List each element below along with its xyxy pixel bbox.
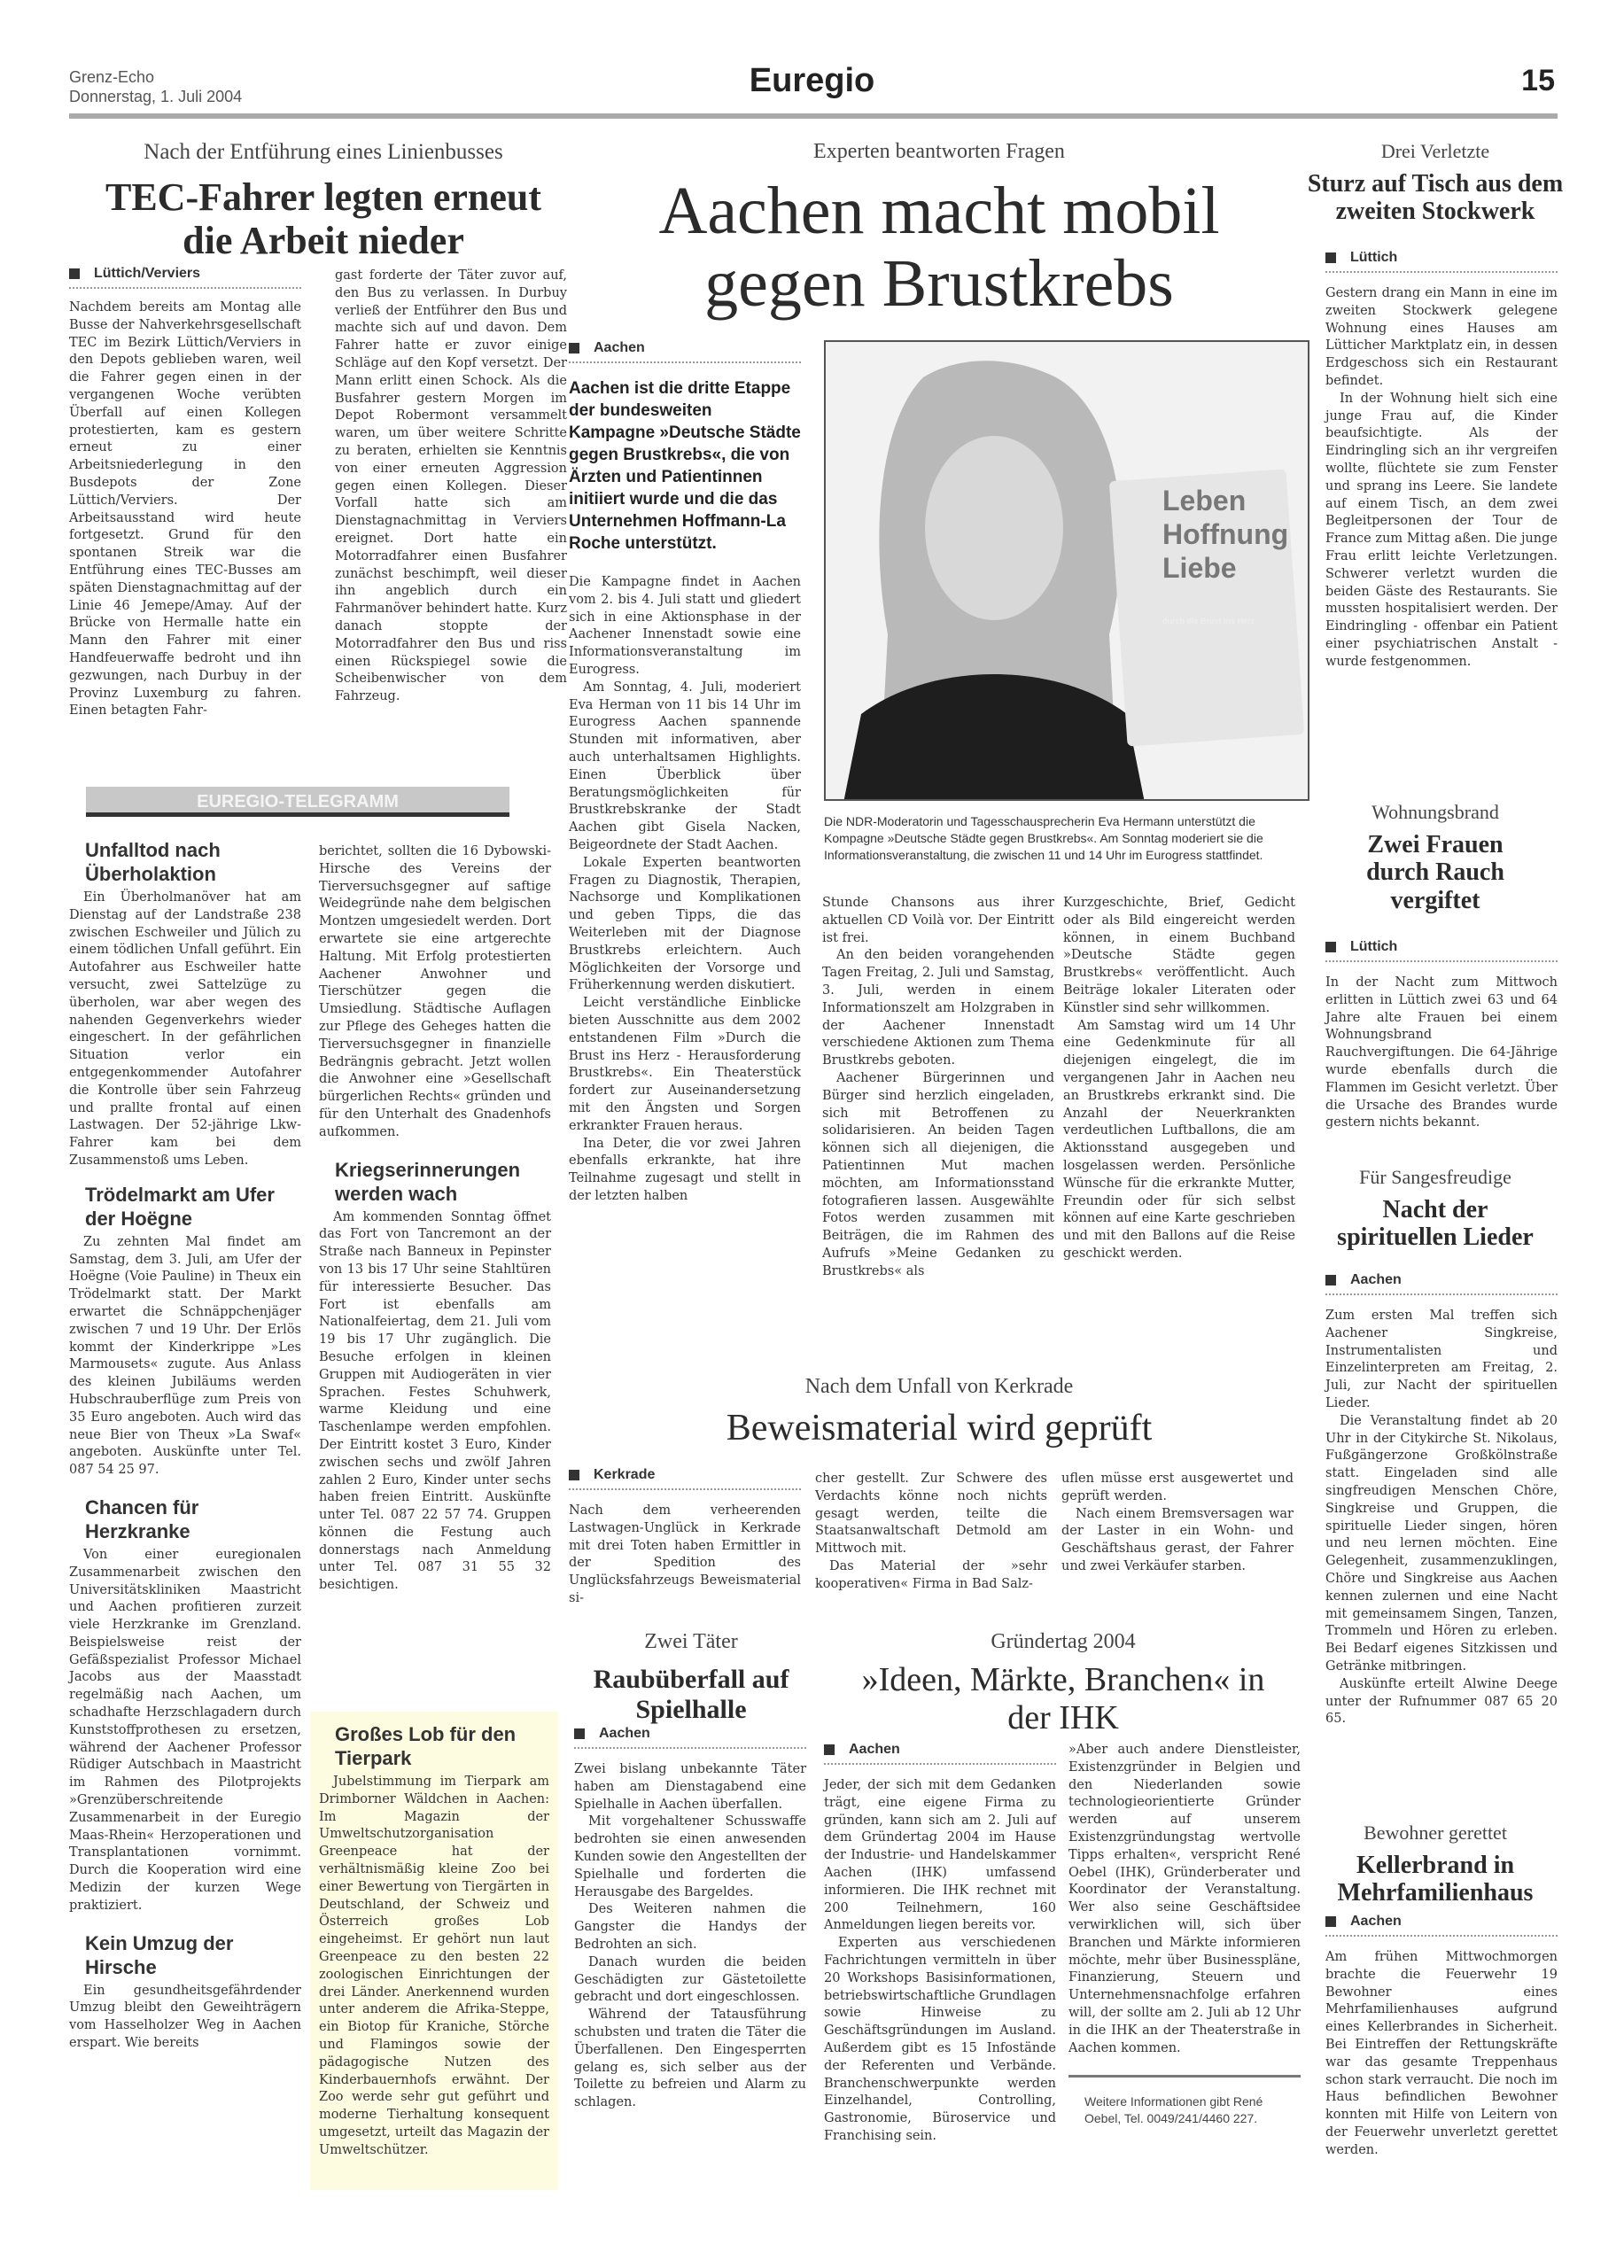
header-rule — [69, 113, 1558, 119]
article-tec: Nach der Entführung eines Linienbusses T… — [62, 140, 585, 263]
brief-body: berichtet, sollten die 16 Dybowski-Hirsc… — [319, 843, 551, 1142]
dateline: Aachen — [1325, 1914, 1558, 1937]
dateline: Lüttich — [1325, 939, 1558, 962]
info-box: Weitere Informationen gibt René Oebel, T… — [1068, 2093, 1301, 2127]
dateline-square-icon — [1325, 1916, 1336, 1927]
wohnungsbrand-body: Lüttich In der Nacht zum Mittwoch erlitt… — [1325, 939, 1558, 1132]
telegramm-bar: EUREGIO-TELEGRAMM — [86, 787, 509, 817]
brief-title: Unfalltod nach Überholaktion — [69, 838, 301, 886]
article-body: Kurzgeschichte, Brief, Gedicht oder als … — [1063, 895, 1295, 1263]
article-body: gast forderte der Täter zuvor auf, den B… — [335, 268, 567, 706]
article-kicker: Gründertag 2004 — [815, 1630, 1311, 1654]
spielhalle-body: Aachen Zwei bislang unbekannte Täter hab… — [574, 1726, 806, 2112]
article-kicker: Experten beantworten Fragen — [567, 140, 1311, 164]
kerkrade-col-2: cher gestellt. Zur Schwere des Verdachts… — [815, 1471, 1047, 1594]
tec-col-1: Lüttich/Verviers Nachdem bereits am Mont… — [69, 266, 301, 720]
article-headline: Raubüberfall auf Spielhalle — [567, 1665, 815, 1724]
article-body: Am frühen Mittwochmorgen brachte die Feu… — [1325, 1949, 1558, 2160]
brustkrebs-col-3: Kurzgeschichte, Brief, Gedicht oder als … — [1063, 895, 1295, 1263]
brief-title: Trödelmarkt am Ufer der Hoëgne — [69, 1183, 301, 1231]
page-number: 15 — [1521, 64, 1555, 98]
campaign-sign: Leben Hoffnung Liebe durch die Brust ins… — [1162, 484, 1288, 638]
brief-title: Kein Umzug der Hirsche — [69, 1931, 301, 1979]
brief-body: Ein Überholmanöver hat am Dienstag auf d… — [69, 889, 301, 1170]
telegramm-col-2: berichtet, sollten die 16 Dybowski-Hirsc… — [319, 843, 551, 1595]
brief-body: Am kommenden Sonntag öffnet das Fort von… — [319, 1209, 551, 1596]
article-spielhalle: Zwei Täter Raubüberfall auf Spielhalle — [567, 1630, 815, 1724]
brustkrebs-col-1: Aachen Aachen ist die dritte Etappe der … — [569, 340, 801, 1206]
dateline-square-icon — [569, 343, 579, 353]
tierpark-highlight-box: Großes Lob für den Tierpark Jubelstimmun… — [310, 1712, 558, 2190]
ihk-col-2: »Aber auch andere Dienstleister, Existen… — [1068, 1742, 1301, 2127]
dateline: Aachen — [574, 1726, 806, 1749]
article-headline: TEC-Fahrer legten erneut die Arbeit nied… — [62, 175, 585, 263]
article-headline: Sturz auf Tisch aus dem zweiten Stockwer… — [1302, 170, 1568, 226]
article-kicker: Wohnungsbrand — [1302, 801, 1568, 824]
article-lieder: Für Sangesfreudige Nacht der spirituelle… — [1302, 1166, 1568, 1252]
telegramm-col-1: Unfalltod nach Überholaktion Ein Überhol… — [69, 833, 301, 2053]
dateline-square-icon — [1325, 252, 1336, 263]
article-ihk: Gründertag 2004 »Ideen, Märkte, Branchen… — [815, 1630, 1311, 1736]
dateline-square-icon — [574, 1728, 585, 1739]
article-headline: Kellerbrand in Mehrfamilienhaus — [1302, 1852, 1568, 1907]
brief-title: Großes Lob für den Tierpark — [319, 1722, 549, 1770]
article-body: »Aber auch andere Dienstleister, Existen… — [1068, 1742, 1301, 2057]
section-title: Euregio — [0, 62, 1624, 100]
brief-body: Ein gesundheitsgefährdender Umzug bleibt… — [69, 1983, 301, 2053]
article-kicker: Zwei Täter — [567, 1630, 815, 1654]
photo-caption: Die NDR-Moderatorin und Tagesschausprech… — [824, 813, 1309, 864]
article-headline: Aachen macht mobil gegen Brustkrebs — [567, 175, 1311, 320]
kerkrade-col-3: uflen müsse erst ausgewertet und geprüft… — [1061, 1471, 1294, 1576]
dateline-square-icon — [824, 1744, 835, 1755]
article-body: cher gestellt. Zur Schwere des Verdachts… — [815, 1471, 1047, 1594]
dateline-square-icon — [69, 268, 80, 279]
article-body: In der Nacht zum Mittwoch erlitten in Lü… — [1325, 975, 1558, 1132]
dateline: Aachen — [1325, 1272, 1558, 1295]
article-body: Nachdem bereits am Montag alle Busse der… — [69, 299, 301, 720]
info-rule — [1068, 2075, 1301, 2078]
dateline-square-icon — [1325, 942, 1336, 952]
photo-eva-hermann: Leben Hoffnung Liebe durch die Brust ins… — [824, 340, 1309, 801]
article-body: Stunde Chansons aus ihrer aktuellen CD V… — [822, 895, 1054, 1281]
article-kicker: Bewohner gerettet — [1302, 1821, 1568, 1845]
article-sturz: Drei Verletzte Sturz auf Tisch aus dem z… — [1302, 140, 1568, 226]
article-body: Zwei bislang unbekannte Täter haben am D… — [574, 1761, 806, 2112]
dateline-square-icon — [569, 1470, 579, 1480]
ihk-col-1: Aachen Jeder, der sich mit dem Gedanken … — [824, 1742, 1056, 2146]
article-kicker: Nach der Entführung eines Linienbusses — [62, 140, 585, 165]
dateline-square-icon — [1325, 1275, 1336, 1285]
article-brustkrebs: Experten beantworten Fragen Aachen macht… — [567, 140, 1311, 320]
brief-title: Chancen für Herzkranke — [69, 1495, 301, 1543]
article-body: Jeder, der sich mit dem Gedanken trägt, … — [824, 1777, 1056, 2146]
article-kicker: Nach dem Unfall von Kerkrade — [567, 1375, 1311, 1399]
tec-col-2: gast forderte der Täter zuvor auf, den B… — [335, 268, 567, 706]
lieder-body: Aachen Zum ersten Mal treffen sich Aache… — [1325, 1272, 1558, 1728]
article-wohnungsbrand: Wohnungsbrand Zwei Frauen durch Rauch ve… — [1302, 801, 1568, 914]
kellerbrand-body: Aachen Am frühen Mittwochmorgen brachte … — [1325, 1914, 1558, 2160]
article-kellerbrand: Bewohner gerettet Kellerbrand in Mehrfam… — [1302, 1821, 1568, 1907]
article-body: Nach dem verheerenden Lastwagen-Unglück … — [569, 1503, 801, 1608]
article-headline: Beweismaterial wird geprüft — [567, 1408, 1311, 1449]
article-kicker: Für Sangesfreudige — [1302, 1166, 1568, 1189]
brief-title: Kriegserinnerungen werden wach — [319, 1158, 551, 1206]
article-lead: Aachen ist die dritte Etappe der bundesw… — [569, 377, 801, 555]
brief-body: Von einer euregionalen Zusammenarbeit zw… — [69, 1547, 301, 1915]
dateline: Aachen — [824, 1742, 1056, 1765]
dateline: Lüttich — [1325, 250, 1558, 273]
kerkrade-col-1: Kerkrade Nach dem verheerenden Lastwagen… — [569, 1467, 801, 1608]
dateline: Aachen — [569, 340, 801, 363]
brustkrebs-col-2: Stunde Chansons aus ihrer aktuellen CD V… — [822, 895, 1054, 1281]
brief-body: Zu zehnten Mal findet am Samstag, dem 3.… — [69, 1234, 301, 1480]
article-kicker: Drei Verletzte — [1302, 140, 1568, 163]
dateline: Lüttich/Verviers — [69, 266, 301, 289]
article-kerkrade: Nach dem Unfall von Kerkrade Beweismater… — [567, 1375, 1311, 1449]
article-headline: Zwei Frauen durch Rauch vergiftet — [1302, 831, 1568, 914]
article-headline: Nacht der spirituellen Lieder — [1302, 1196, 1568, 1252]
article-body: Gestern drang ein Mann in eine im zweite… — [1325, 285, 1558, 672]
article-body: Die Kampagne findet in Aachen vom 2. bis… — [569, 574, 801, 1206]
article-headline: »Ideen, Märkte, Branchen« in der IHK — [815, 1661, 1311, 1736]
dateline: Kerkrade — [569, 1467, 801, 1490]
brief-body: Jubelstimmung im Tierpark am Drimborner … — [319, 1774, 549, 2160]
article-body: Zum ersten Mal treffen sich Aachener Sin… — [1325, 1308, 1558, 1728]
sturz-body: Lüttich Gestern drang ein Mann in eine i… — [1325, 250, 1558, 672]
article-body: uflen müsse erst ausgewertet und geprüft… — [1061, 1471, 1294, 1576]
